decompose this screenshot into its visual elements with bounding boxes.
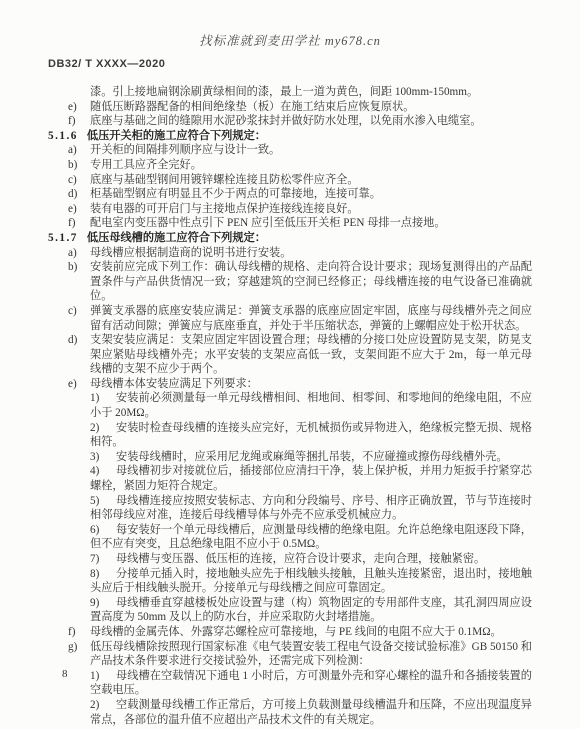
watermark-text: 找标准就到麦田学社 my678.cn	[0, 31, 580, 49]
item-marker: f)	[68, 114, 90, 129]
numbered-subitem: 2)安装时检查母线槽的连接头应完好，无机械损伤或异物进入，绝缘板完整无损、规格相…	[48, 421, 532, 450]
item-marker: e)	[68, 100, 90, 115]
item-text: 底座与基础型钢间用镀锌螺栓连接且防松零件应齐全。	[90, 174, 359, 186]
subitem-text: 分接单元插入时，接地触头应先于相线触头接触，且触头连接紧密，退出时，接地触头应后…	[90, 568, 532, 595]
item-text: 底座与基础之间的缝隙用水泥砂浆抹封并做好防水处理，以免雨水渗入电缆室。	[90, 115, 482, 127]
list-item: b)安装前应完成下列工作：确认母线槽的规格、走向符合设计要求；现场复测得出的产品…	[48, 260, 532, 304]
numbered-subitem: 1)安装前必须测量每一单元母线槽相间、相地间、相零间、和零地间的绝缘电阻，不应小…	[48, 391, 532, 420]
subitem-marker: 7)	[90, 552, 116, 567]
item-text: 母线槽本体安装应满足下列要求：	[90, 378, 258, 390]
item-text: 专用工具应齐全完好。	[90, 159, 202, 171]
subitem-marker: 9)	[90, 596, 116, 611]
item-text: 母线槽应根据制造商的说明书进行安装。	[90, 247, 291, 259]
list-item: a)开关柜的间隔排列顺序应与设计一致。	[48, 143, 532, 158]
item-text: 母线槽的金属壳体、外露穿芯螺栓应可靠接地，与 PE 线间的电阻不应大于 0.1M…	[90, 626, 502, 638]
item-marker: c)	[68, 173, 90, 188]
numbered-subitem: 6)每安装好一个单元母线槽后，应测量母线槽的绝缘电阻。允许总绝缘电阻逐段下降，但…	[48, 523, 532, 552]
subitem-marker: 8)	[90, 567, 116, 582]
list-item: c)底座与基础型钢间用镀锌螺栓连接且防松零件应齐全。	[48, 173, 532, 188]
item-text: 配电室内变压器中性点引下 PEN 应引至低压开关柜 PEN 母排一点接地。	[90, 217, 446, 229]
item-text: 弹簧支承器的底座安装应满足：弹簧支承器的底座应固定牢固，底座与母线槽外壳之间应留…	[90, 305, 532, 332]
document-body: 漆。引上接地扁钢涂刷黄绿相间的漆，最上一道为黄色，间距 100mm-150mm。…	[48, 85, 532, 727]
document-page: 找标准就到麦田学社 my678.cn DB32/ T XXXX—2020 漆。引…	[0, 0, 580, 729]
list-item: e)随低压断路器配备的相间绝缘垫（板）在施工结束后应恢复原状。	[48, 100, 532, 115]
item-marker: b)	[68, 158, 90, 173]
subitem-text: 安装前必须测量每一单元母线槽相间、相地间、相零间、和零地间的绝缘电阻，不应小于 …	[90, 392, 532, 419]
clause-title: 低压母线槽的施工应符合下列规定：	[87, 232, 266, 244]
list-item: c)弹簧支承器的底座安装应满足：弹簧支承器的底座应固定牢固，底座与母线槽外壳之间…	[48, 304, 532, 333]
item-marker: a)	[68, 246, 90, 261]
subitem-marker: 6)	[90, 523, 116, 538]
item-text: 装有电器的可开启门与主接地点保护连接线连接良好。	[90, 203, 359, 215]
page-number: 8	[62, 668, 68, 680]
document-code-header: DB32/ T XXXX—2020	[48, 58, 165, 70]
numbered-subitem: 8)分接单元插入时，接地触头应先于相线触头接触，且触头连接紧密，退出时，接地触头…	[48, 567, 532, 596]
list-item: e)母线槽本体安装应满足下列要求：	[48, 377, 532, 392]
clause-number: 5.1.6	[48, 130, 78, 142]
numbered-subitem: 4)母线槽初步对接就位后，插接部位应清扫干净，装上保护板，并用力矩扳手拧紧穿芯螺…	[48, 464, 532, 493]
clause-number: 5.1.7	[48, 232, 78, 244]
subitem-marker: 4)	[90, 464, 116, 479]
item-text: 支架安装应满足：支架应固定牢固设置合理；母线槽的分接口处应设置防晃支架，防晃支架…	[90, 334, 532, 375]
subitem-text: 安装母线槽时，应采用尼龙绳或麻绳等捆扎吊装，不应碰撞或擦伤母线槽外壳。	[116, 451, 508, 463]
clause-title: 低压开关柜的施工应符合下列规定：	[87, 130, 266, 142]
item-text: 低压母线槽除按照现行国家标准《电气装置安装工程电气设备交接试验标准》GB 501…	[90, 641, 532, 668]
list-item: f)底座与基础之间的缝隙用水泥砂浆抹封并做好防水处理，以免雨水渗入电缆室。	[48, 114, 532, 129]
subitem-marker: 3)	[90, 450, 116, 465]
clause-heading-5-1-7: 5.1.7低压母线槽的施工应符合下列规定：	[48, 231, 532, 246]
subitem-text: 母线槽在空载情况下通电 1 小时后，方可测量外壳和穿心螺栓的温升和各插接装置的空…	[90, 670, 532, 697]
paragraph-text: 漆。引上接地扁钢涂刷黄绿相间的漆，最上一道为黄色，间距 100mm-150mm。	[90, 86, 478, 98]
numbered-subitem: 1)母线槽在空载情况下通电 1 小时后，方可测量外壳和穿心螺栓的温升和各插接装置…	[48, 669, 532, 698]
item-marker: e)	[68, 377, 90, 392]
numbered-subitem: 7)母线槽与变压器、低压柜的连接，应符合设计要求，走向合理，接触紧密。	[48, 552, 532, 567]
item-marker: e)	[68, 202, 90, 217]
item-text: 柜基础型钢应有明显且不少于两点的可靠接地，连接可靠。	[90, 188, 381, 200]
subitem-marker: 1)	[90, 391, 116, 406]
subitem-text: 空载测量母线槽工作正常后，方可接上负载测量母线槽温升和压降，不应出现温度异常点，…	[90, 699, 532, 726]
subitem-text: 母线槽连接应按照安装标志、方向和分段编号、序号、相序正确放置，节与节连接时相邻母…	[90, 495, 532, 522]
list-item: f)母线槽的金属壳体、外露穿芯螺栓应可靠接地，与 PE 线间的电阻不应大于 0.…	[48, 625, 532, 640]
list-item: g)低压母线槽除按照现行国家标准《电气装置安装工程电气设备交接试验标准》GB 5…	[48, 640, 532, 669]
subitem-marker: 2)	[90, 421, 116, 436]
subitem-text: 母线槽与变压器、低压柜的连接，应符合设计要求，走向合理，接触紧密。	[116, 553, 485, 565]
list-item: d)支架安装应满足：支架应固定牢固设置合理；母线槽的分接口处应设置防晃支架，防晃…	[48, 333, 532, 377]
item-marker: a)	[68, 143, 90, 158]
subitem-text: 母线槽初步对接就位后，插接部位应清扫干净，装上保护板，并用力矩扳手拧紧穿芯螺栓，…	[90, 465, 532, 492]
subitem-marker: 2)	[90, 698, 116, 713]
subitem-text: 母线槽垂直穿越楼板处应设置与建（构）筑物固定的专用部件支座，其孔洞四周应设置高度…	[90, 597, 532, 624]
item-marker: b)	[68, 260, 90, 275]
subitem-text: 每安装好一个单元母线槽后，应测量母线槽的绝缘电阻。允许总绝缘电阻逐段下降，但不应…	[90, 524, 532, 551]
numbered-subitem: 3)安装母线槽时，应采用尼龙绳或麻绳等捆扎吊装，不应碰撞或擦伤母线槽外壳。	[48, 450, 532, 465]
clause-heading-5-1-6: 5.1.6低压开关柜的施工应符合下列规定：	[48, 129, 532, 144]
item-marker: f)	[68, 625, 90, 640]
item-text: 开关柜的间隔排列顺序应与设计一致。	[90, 144, 280, 156]
list-item: e)装有电器的可开启门与主接地点保护连接线连接良好。	[48, 202, 532, 217]
list-item: a)母线槽应根据制造商的说明书进行安装。	[48, 246, 532, 261]
numbered-subitem: 2)空载测量母线槽工作正常后，方可接上负载测量母线槽温升和压降，不应出现温度异常…	[48, 698, 532, 727]
item-text: 随低压断路器配备的相间绝缘垫（板）在施工结束后应恢复原状。	[90, 101, 414, 113]
item-marker: d)	[68, 187, 90, 202]
item-marker: g)	[68, 640, 90, 655]
item-text: 安装前应完成下列工作：确认母线槽的规格、走向符合设计要求；现场复测得出的产品配置…	[90, 261, 532, 302]
item-marker: f)	[68, 216, 90, 231]
list-item: d)柜基础型钢应有明显且不少于两点的可靠接地，连接可靠。	[48, 187, 532, 202]
item-marker: c)	[68, 304, 90, 319]
list-item: f)配电室内变压器中性点引下 PEN 应引至低压开关柜 PEN 母排一点接地。	[48, 216, 532, 231]
subitem-marker: 1)	[90, 669, 116, 684]
paragraph-continuation: 漆。引上接地扁钢涂刷黄绿相间的漆，最上一道为黄色，间距 100mm-150mm。	[48, 85, 532, 100]
item-marker: d)	[68, 333, 90, 348]
subitem-marker: 5)	[90, 494, 116, 509]
numbered-subitem: 9)母线槽垂直穿越楼板处应设置与建（构）筑物固定的专用部件支座，其孔洞四周应设置…	[48, 596, 532, 625]
subitem-text: 安装时检查母线槽的连接头应完好，无机械损伤或异物进入，绝缘板完整无损、规格相符。	[90, 422, 532, 449]
numbered-subitem: 5)母线槽连接应按照安装标志、方向和分段编号、序号、相序正确放置，节与节连接时相…	[48, 494, 532, 523]
list-item: b)专用工具应齐全完好。	[48, 158, 532, 173]
